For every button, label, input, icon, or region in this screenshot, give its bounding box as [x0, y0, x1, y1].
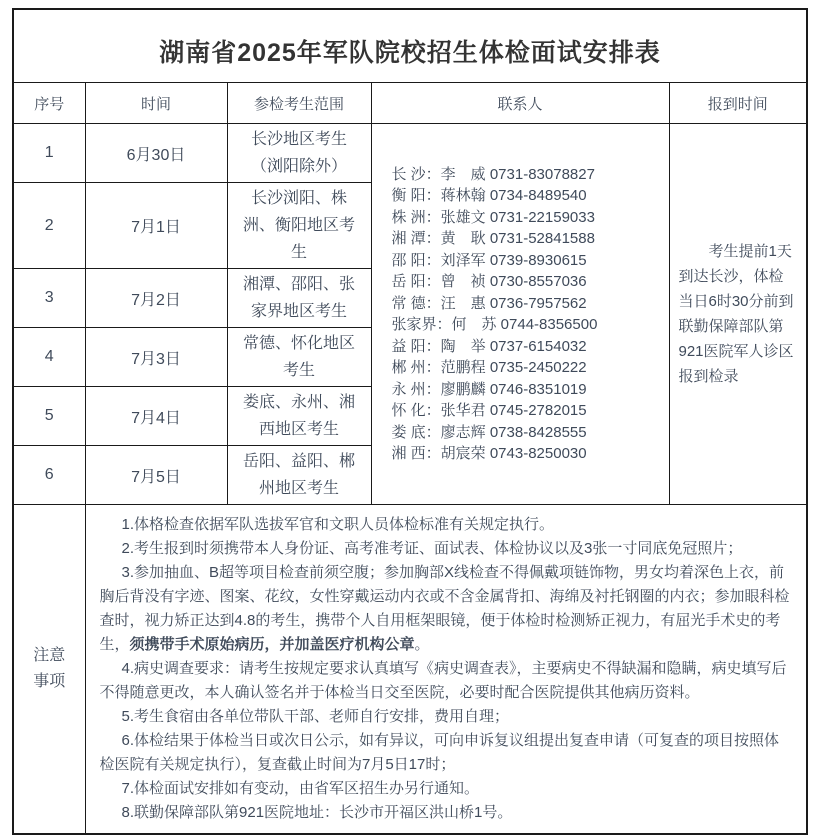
note-item: 2.考生报到时须携带本人身份证、高考准考证、面试表、体检协议以及3张一寸同底免冠…: [100, 537, 793, 561]
row-scope: 湘潭、邵阳、张家界地区考生: [227, 269, 371, 328]
row-date: 7月3日: [85, 328, 227, 387]
row-date: 6月30日: [85, 124, 227, 183]
table-row: 1 6月30日 长沙地区考生（浏阳除外） 长 沙：李 威 0731-830788…: [13, 124, 807, 183]
row-no: 4: [13, 328, 85, 387]
header-no: 序号: [13, 83, 85, 124]
page: { "title": "湖南省2025年军队院校招生体检面试安排表", "tab…: [0, 0, 818, 794]
header-contact: 联系人: [371, 83, 669, 124]
note-item: 3.参加抽血、B超等项目检查前须空腹；参加胸部X线检查不得佩戴项链饰物，男女均着…: [100, 561, 793, 657]
row-scope: 长沙浏阳、株洲、衡阳地区考生: [227, 183, 371, 269]
title-row: 湖南省2025年军队院校招生体检面试安排表: [13, 9, 807, 83]
notes-label-text: 注意事项: [31, 643, 67, 695]
contact-line: 常 德：汪 惠 0736-7957562: [392, 293, 663, 315]
schedule-table: 湖南省2025年军队院校招生体检面试安排表 序号 时间 参检考生范围 联系人 报…: [12, 8, 808, 835]
contact-line: 永 州：廖鹏麟 0746-8351019: [392, 379, 663, 401]
row-no: 3: [13, 269, 85, 328]
row-scope: 娄底、永州、湘西地区考生: [227, 387, 371, 446]
contact-line: 益 阳：陶 举 0737-6154032: [392, 336, 663, 358]
report-time-text: 考生提前1天到达长沙，体检当日6时30分前到联勤保障部队第921医院军人诊区报到…: [679, 239, 798, 389]
header-time: 时间: [85, 83, 227, 124]
note-item: 5.考生食宿由各单位带队干部、老师自行安排，费用自理；: [100, 705, 793, 729]
row-scope: 岳阳、益阳、郴州地区考生: [227, 446, 371, 505]
header-scope: 参检考生范围: [227, 83, 371, 124]
contact-line: 长 沙：李 威 0731-83078827: [392, 164, 663, 186]
note-item: 1.体格检查依据军队选拔军官和文职人员体检标准有关规定执行。: [100, 513, 793, 537]
header-report: 报到时间: [669, 83, 807, 124]
contact-line: 岳 阳：曾 祯 0730-8557036: [392, 271, 663, 293]
contact-line: 株 洲：张雄文 0731-22159033: [392, 207, 663, 229]
schedule-sheet: 湖南省2025年军队院校招生体检面试安排表 序号 时间 参检考生范围 联系人 报…: [12, 8, 806, 786]
row-date: 7月5日: [85, 446, 227, 505]
contact-line: 怀 化：张华君 0745-2782015: [392, 400, 663, 422]
row-scope: 常德、怀化地区考生: [227, 328, 371, 387]
notes-label: 注意事项: [13, 505, 85, 835]
note-item: 8.联勤保障部队第921医院地址：长沙市开福区洪山桥1号。: [100, 801, 793, 825]
notes-row: 注意事项 1.体格检查依据军队选拔军官和文职人员体检标准有关规定执行。 2.考生…: [13, 505, 807, 835]
row-date: 7月4日: [85, 387, 227, 446]
contact-line: 湘 潭：黄 耿 0731-52841588: [392, 228, 663, 250]
row-no: 5: [13, 387, 85, 446]
contacts-cell: 长 沙：李 威 0731-83078827 衡 阳：蒋林翰 0734-84895…: [371, 124, 669, 505]
contact-line: 张家界：何 苏 0744-8356500: [392, 314, 663, 336]
row-date: 7月1日: [85, 183, 227, 269]
note-item: 6.体检结果于体检当日或次日公示，如有异议，可向申诉复议组提出复查申请（可复查的…: [100, 729, 793, 777]
report-time-cell: 考生提前1天到达长沙，体检当日6时30分前到联勤保障部队第921医院军人诊区报到…: [669, 124, 807, 505]
contact-line: 衡 阳：蒋林翰 0734-8489540: [392, 185, 663, 207]
note-item: 4.病史调查要求：请考生按规定要求认真填写《病史调查表》，主要病史不得缺漏和隐瞒…: [100, 657, 793, 705]
contact-line: 娄 底：廖志辉 0738-8428555: [392, 422, 663, 444]
notes-cell: 1.体格检查依据军队选拔军官和文职人员体检标准有关规定执行。 2.考生报到时须携…: [85, 505, 807, 835]
row-date: 7月2日: [85, 269, 227, 328]
header-row: 序号 时间 参检考生范围 联系人 报到时间: [13, 83, 807, 124]
row-no: 2: [13, 183, 85, 269]
row-no: 1: [13, 124, 85, 183]
contact-line: 湘 西：胡宸荣 0743-8250030: [392, 443, 663, 465]
contact-line: 郴 州：范鹏程 0735-2450222: [392, 357, 663, 379]
row-scope: 长沙地区考生（浏阳除外）: [227, 124, 371, 183]
row-no: 6: [13, 446, 85, 505]
page-title: 湖南省2025年军队院校招生体检面试安排表: [13, 9, 807, 83]
note-item: 7.体检面试安排如有变动，由省军区招生办另行通知。: [100, 777, 793, 801]
contact-line: 邵 阳：刘泽军 0739-8930615: [392, 250, 663, 272]
